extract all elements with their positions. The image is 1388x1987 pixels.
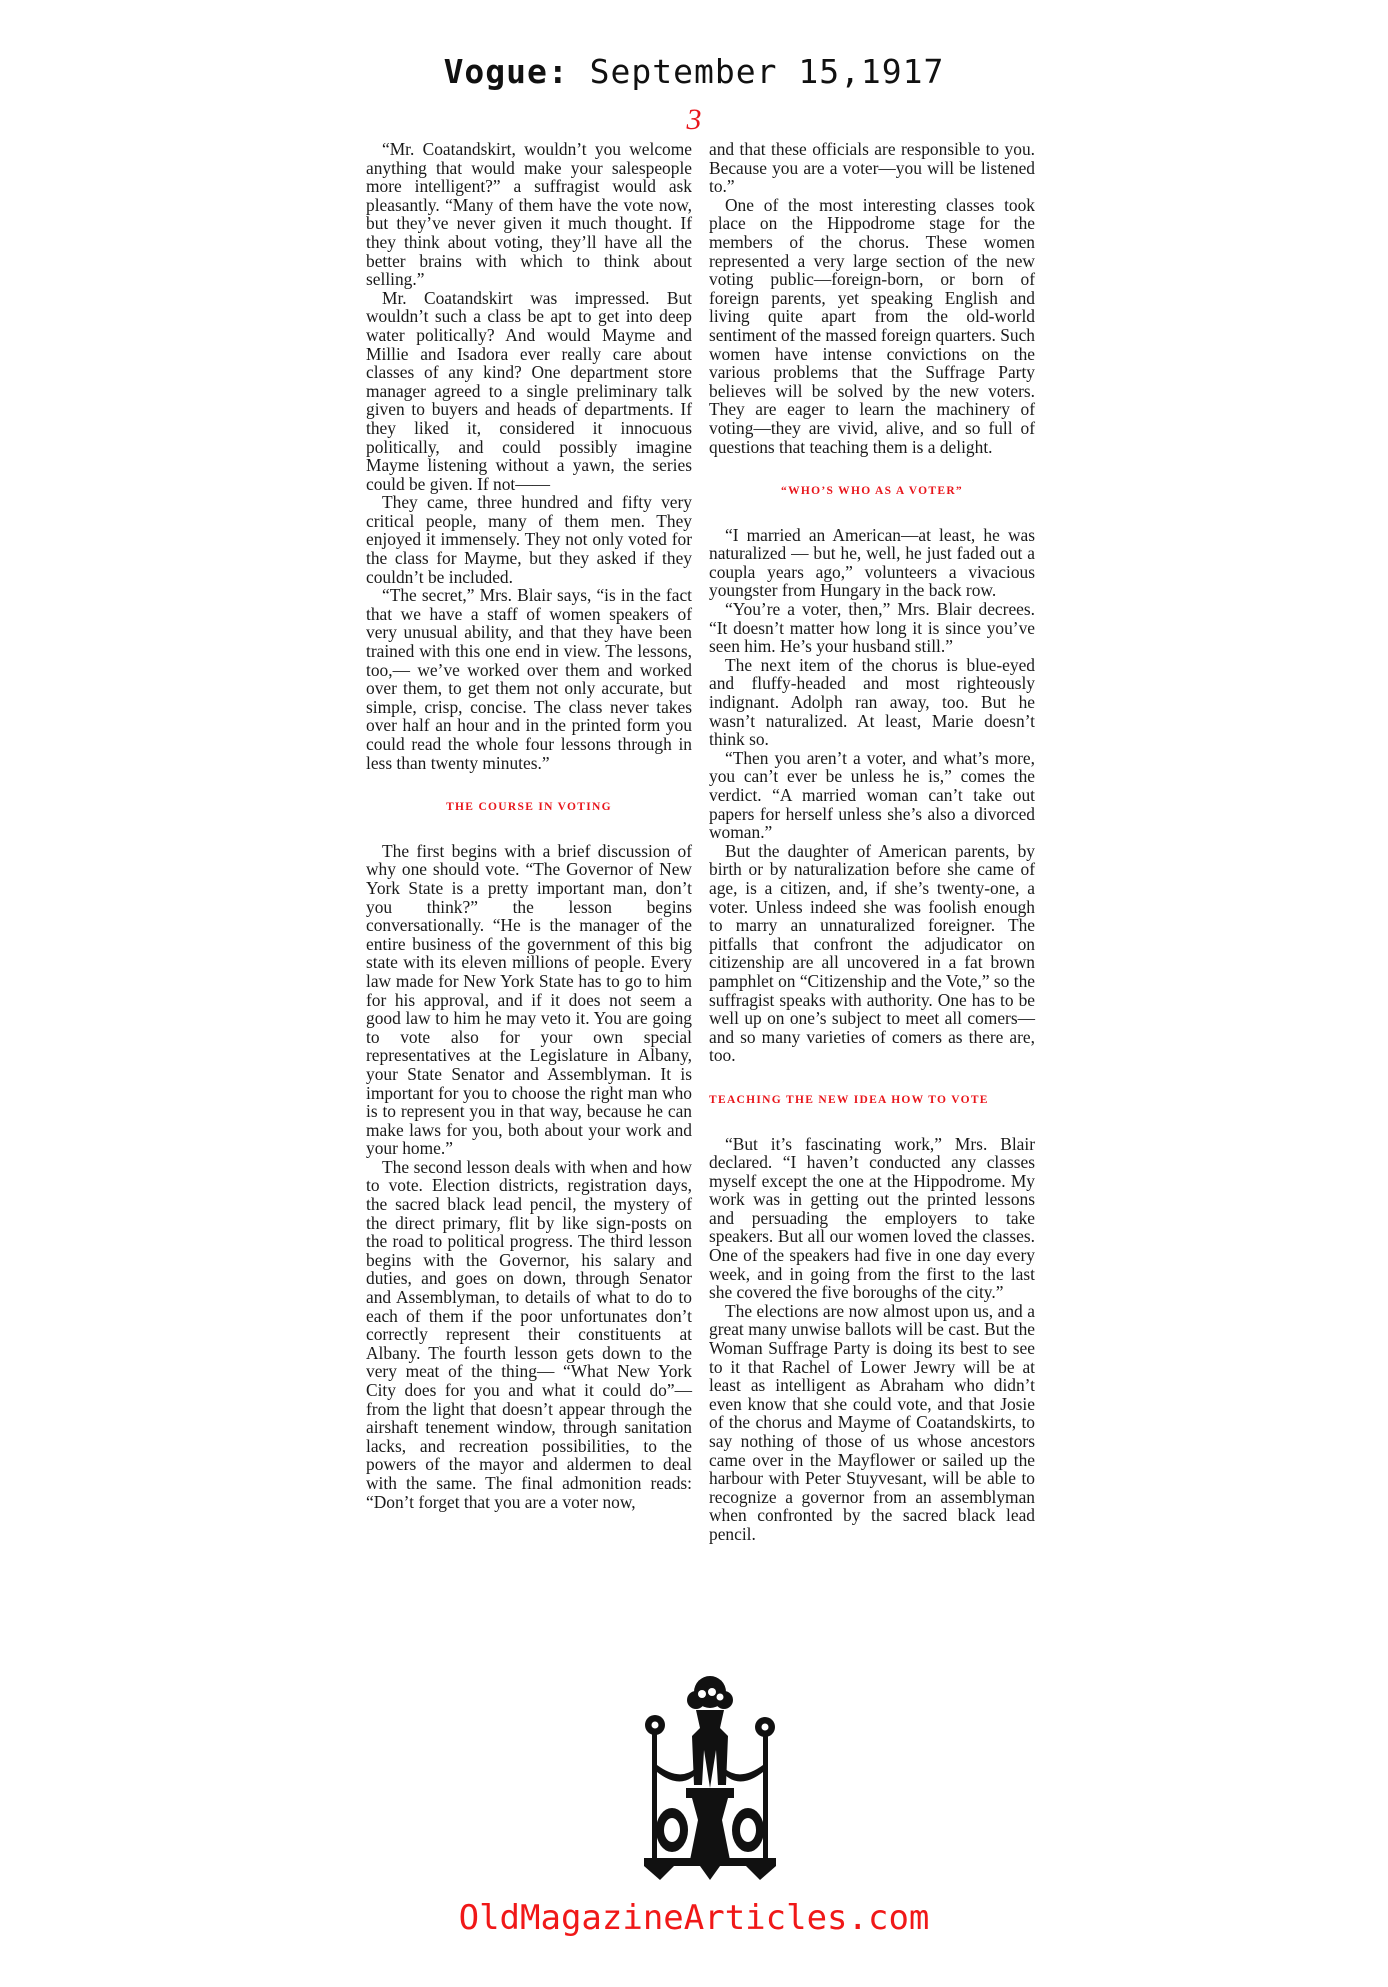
- issue-date: September 15,1917: [590, 52, 945, 91]
- article-column-right: and that these officials are responsible…: [709, 140, 1035, 1544]
- decorative-vignette-icon: [630, 1670, 790, 1880]
- paragraph: Mr. Coatandskirt was impressed. But woul…: [366, 289, 692, 494]
- page-number: 3: [0, 103, 1388, 137]
- article-column-left: “Mr. Coatandskirt, wouldn’t you welcome …: [366, 140, 692, 1511]
- paragraph: The first begins with a brief discussion…: [366, 842, 692, 1158]
- magazine-title: Vogue:: [444, 52, 569, 91]
- paragraph: “Then you aren’t a voter, and what’s mor…: [709, 749, 1035, 842]
- paragraph: “The secret,” Mrs. Blair says, “is in th…: [366, 586, 692, 772]
- paragraph: They came, three hundred and fifty very …: [366, 493, 692, 586]
- paragraph: One of the most interesting classes took…: [709, 196, 1035, 456]
- paragraph-continuation: and that these officials are responsible…: [709, 140, 1035, 196]
- paragraph: The elections are now almost upon us, an…: [709, 1302, 1035, 1544]
- paragraph: “Mr. Coatandskirt, wouldn’t you welcome …: [366, 140, 692, 289]
- paragraph: “I married an American—at least, he was …: [709, 526, 1035, 600]
- paragraph: “You’re a voter, then,” Mrs. Blair decre…: [709, 600, 1035, 656]
- masthead: Vogue: September 15,1917: [0, 52, 1388, 91]
- section-heading: TEACHING THE NEW IDEA HOW TO VOTE: [709, 1091, 1035, 1110]
- section-heading: THE COURSE IN VOTING: [366, 798, 692, 817]
- paragraph: The next item of the chorus is blue-eyed…: [709, 656, 1035, 749]
- paragraph: “But it’s fascinating work,” Mrs. Blair …: [709, 1135, 1035, 1302]
- paragraph: The second lesson deals with when and ho…: [366, 1158, 692, 1511]
- paragraph: But the daughter of American parents, by…: [709, 842, 1035, 1065]
- site-watermark: OldMagazineArticles.com: [0, 1898, 1388, 1938]
- section-heading: “WHO’S WHO AS A VOTER”: [709, 482, 1035, 501]
